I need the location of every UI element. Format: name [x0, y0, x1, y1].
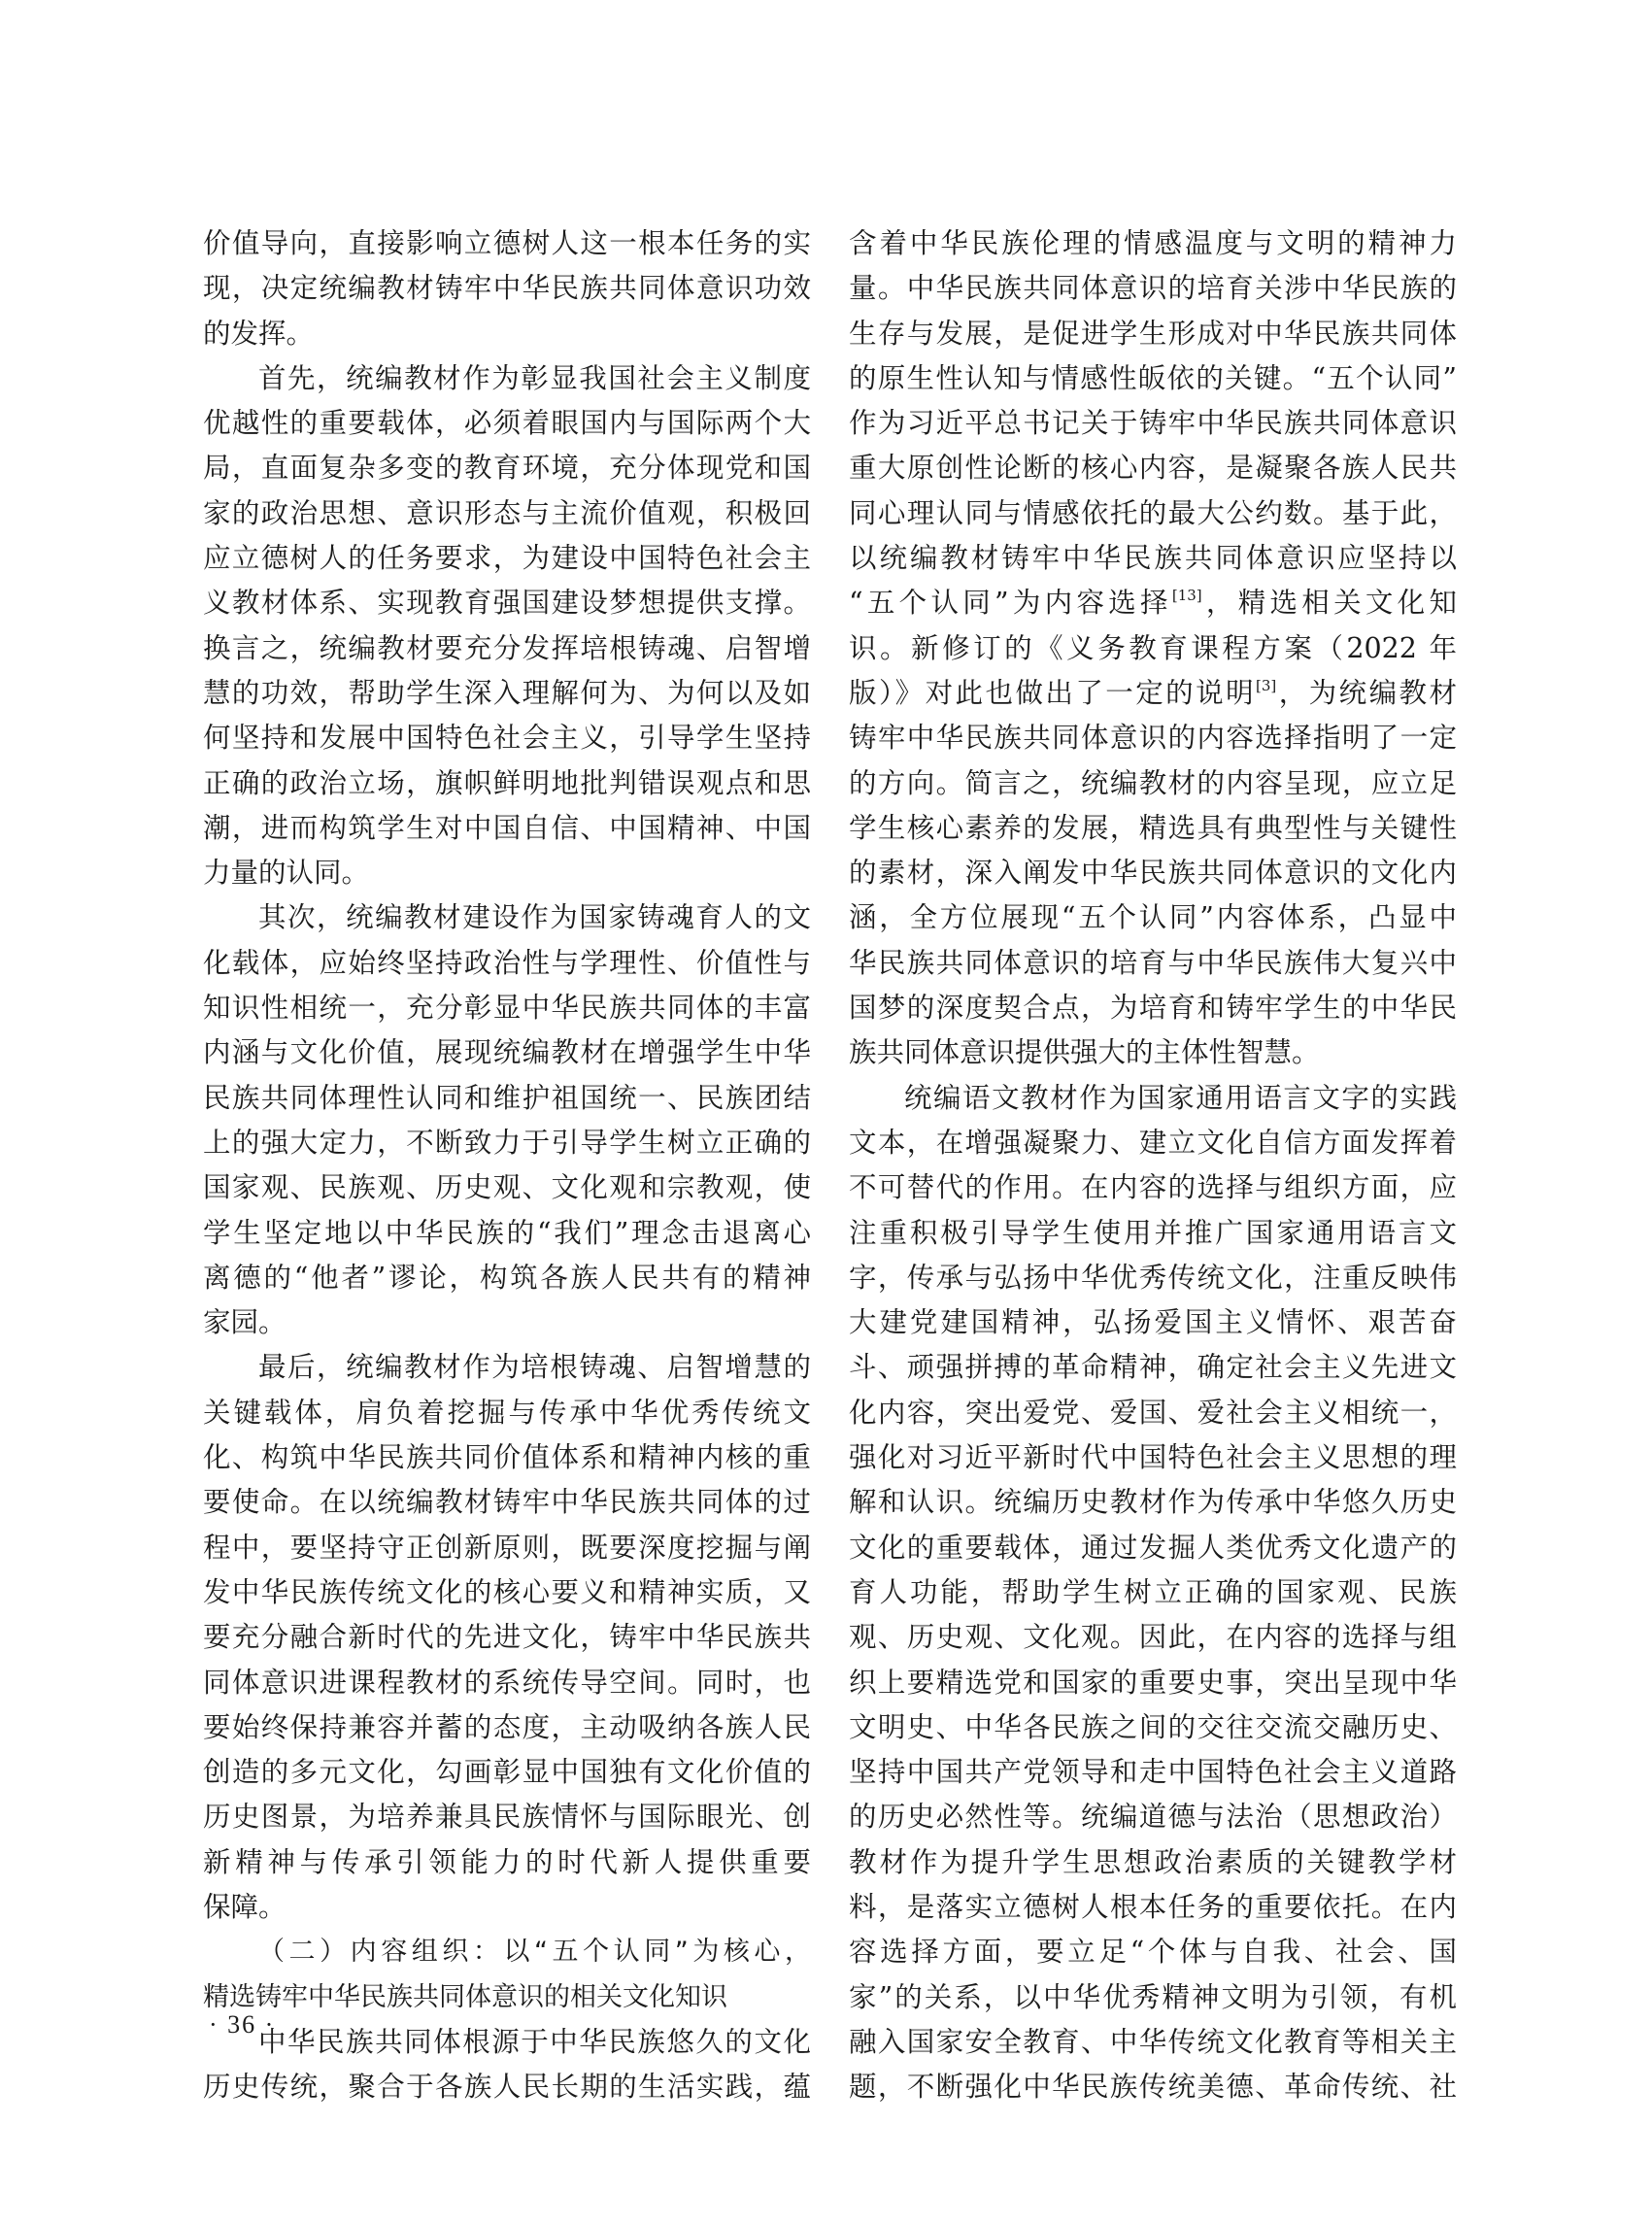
- text-line: 文明史、中华各民族之间的交往交流交融历史、: [849, 1705, 1457, 1750]
- text-line: 大建党建国精神，弘扬爱国主义情怀、艰苦奋: [849, 1300, 1457, 1345]
- text-line: 要充分融合新时代的先进文化，铸牢中华民族共: [203, 1615, 811, 1660]
- text-line: 坚持中国共产党领导和走中国特色社会主义道路: [849, 1750, 1457, 1795]
- paragraph-first-line: 最后，统编教材作为培根铸魂、启智增慧的: [203, 1345, 811, 1390]
- text-line: 生存与发展，是促进学生形成对中华民族共同体: [849, 312, 1457, 356]
- text-span: ，为统编教材: [1276, 677, 1457, 709]
- text-line: 学生核心素养的发展，精选具有典型性与关键性: [849, 806, 1457, 851]
- text-line: 力量的认同。: [203, 851, 811, 895]
- text-line: 华民族共同体意识的培育与中华民族伟大复兴中: [849, 941, 1457, 986]
- text-line: 价值导向，直接影响立德树人这一根本任务的实: [203, 221, 811, 266]
- text-line: 现，决定统编教材铸牢中华民族共同体意识功效: [203, 266, 811, 311]
- text-line: 作为习近平总书记关于铸牢中华民族共同体意识: [849, 401, 1457, 446]
- text-line: 国家观、民族观、历史观、文化观和宗教观，使: [203, 1165, 811, 1210]
- text-line: 文化的重要载体，通过发掘人类优秀文化遗产的: [849, 1526, 1457, 1570]
- text-line: 题，不断强化中华民族传统美德、革命传统、社: [849, 2065, 1457, 2109]
- text-line: 的原生性认知与情感性皈依的关键。“五个认同”: [849, 356, 1457, 401]
- text-line: 内涵与文化价值，展现统编教材在增强学生中华: [203, 1030, 811, 1075]
- text-line: 的方向。简言之，统编教材的内容呈现，应立足: [849, 761, 1457, 806]
- text-line: 程中，要坚持守正创新原则，既要深度挖掘与阐: [203, 1526, 811, 1570]
- text-line: 历史图景，为培养兼具民族情怀与国际眼光、创: [203, 1795, 811, 1839]
- text-line: 国梦的深度契合点，为培育和铸牢学生的中华民: [849, 986, 1457, 1030]
- text-span: “五个认同”为内容选择: [849, 587, 1172, 619]
- text-line: 斗、顽强拼搏的革命精神，确定社会主义先进文: [849, 1345, 1457, 1390]
- paragraph-first-line: 其次，统编教材建设作为国家铸魂育人的文: [203, 895, 811, 940]
- text-line: 以统编教材铸牢中华民族共同体意识应坚持以: [849, 536, 1457, 581]
- text-line: 家园。: [203, 1300, 811, 1345]
- text-line: 知识性相统一，充分彰显中华民族共同体的丰富: [203, 986, 811, 1030]
- text-line: 化载体，应始终坚持政治性与学理性、价值性与: [203, 941, 811, 986]
- text-line: 涵，全方位展现“五个认同”内容体系，凸显中: [849, 895, 1457, 940]
- text-line: 民族共同体理性认同和维护祖国统一、民族团结: [203, 1076, 811, 1121]
- text-line: 发中华民族传统文化的核心要义和精神实质，又: [203, 1570, 811, 1615]
- text-line: 观、历史观、文化观。因此，在内容的选择与组: [849, 1615, 1457, 1660]
- section-heading: 精选铸牢中华民族共同体意识的相关文化知识: [203, 1975, 811, 2020]
- text-line: 含着中华民族伦理的情感温度与文明的精神力: [849, 221, 1457, 266]
- text-line: 不可替代的作用。在内容的选择与组织方面，应: [849, 1165, 1457, 1210]
- text-line: 优越性的重要载体，必须着眼国内与国际两个大: [203, 401, 811, 446]
- text-line: 的发挥。: [203, 312, 811, 356]
- text-line: 要使命。在以统编教材铸牢中华民族共同体的过: [203, 1480, 811, 1525]
- text-line: 局，直面复杂多变的教育环境，充分体现党和国: [203, 446, 811, 490]
- left-column: 价值导向，直接影响立德树人这一根本任务的实 现，决定统编教材铸牢中华民族共同体意…: [203, 221, 811, 2109]
- text-line: 育人功能，帮助学生树立正确的国家观、民族: [849, 1570, 1457, 1615]
- text-line: 识。新修订的《义务教育课程方案（2022 年: [849, 626, 1457, 671]
- text-line: 注重积极引导学生使用并推广国家通用语言文: [849, 1211, 1457, 1256]
- text-line: 量。中华民族共同体意识的培育关涉中华民族的: [849, 266, 1457, 311]
- text-line: 慧的功效，帮助学生深入理解何为、为何以及如: [203, 671, 811, 716]
- text-line: 容选择方面，要立足“个体与自我、社会、国: [849, 1930, 1457, 1974]
- text-line: 换言之，统编教材要充分发挥培根铸魂、启智增: [203, 626, 811, 671]
- right-column: 含着中华民族伦理的情感温度与文明的精神力 量。中华民族共同体意识的培育关涉中华民…: [849, 221, 1457, 2109]
- text-line: 教材作为提升学生思想政治素质的关键教学材: [849, 1840, 1457, 1885]
- text-line: 保障。: [203, 1885, 811, 1930]
- text-line: 化内容，突出爱党、爱国、爱社会主义相统一，: [849, 1391, 1457, 1435]
- text-line: 族共同体意识提供强大的主体性智慧。: [849, 1030, 1457, 1075]
- text-span: 版）》对此也做出了一定的说明: [849, 677, 1256, 709]
- text-line: 的素材，深入阐发中华民族共同体意识的文化内: [849, 851, 1457, 895]
- text-line: 料，是落实立德树人根本任务的重要依托。在内: [849, 1885, 1457, 1930]
- text-line-with-citation: 版）》对此也做出了一定的说明[3]，为统编教材: [849, 671, 1457, 716]
- text-line: 化、构筑中华民族共同价值体系和精神内核的重: [203, 1435, 811, 1480]
- text-line: 关键载体，肩负着挖掘与传承中华优秀传统文: [203, 1391, 811, 1435]
- text-line: 学生坚定地以中华民族的“我们”理念击退离心: [203, 1211, 811, 1256]
- text-line: 解和认识。统编历史教材作为传承中华悠久历史: [849, 1480, 1457, 1525]
- text-line: 要始终保持兼容并蓄的态度，主动吸纳各族人民: [203, 1705, 811, 1750]
- text-line: 新精神与传承引领能力的时代新人提供重要: [203, 1840, 811, 1885]
- text-span: ，精选相关文化知: [1202, 587, 1457, 619]
- text-line: 家的政治思想、意识形态与主流价值观，积极回: [203, 491, 811, 536]
- text-line: 应立德树人的任务要求，为建设中国特色社会主: [203, 536, 811, 581]
- paragraph-first-line: 首先，统编教材作为彰显我国社会主义制度: [203, 356, 811, 401]
- text-line: 强化对习近平新时代中国特色社会主义思想的理: [849, 1435, 1457, 1480]
- text-line: 上的强大定力，不断致力于引导学生树立正确的: [203, 1121, 811, 1165]
- text-line: 历史传统，聚合于各族人民长期的生活实践，蕴: [203, 2065, 811, 2109]
- text-line: 文本，在增强凝聚力、建立文化自信方面发挥着: [849, 1121, 1457, 1165]
- text-line: 何坚持和发展中国特色社会主义，引导学生坚持: [203, 716, 811, 760]
- text-line: 的历史必然性等。统编道德与法治（思想政治）: [849, 1795, 1457, 1839]
- text-line: 重大原创性论断的核心内容，是凝聚各族人民共: [849, 446, 1457, 490]
- citation-ref[interactable]: [13]: [1172, 587, 1202, 604]
- text-line: 潮，进而构筑学生对中国自信、中国精神、中国: [203, 806, 811, 851]
- text-line: 字，传承与弘扬中华优秀传统文化，注重反映伟: [849, 1256, 1457, 1300]
- citation-ref[interactable]: [3]: [1256, 677, 1276, 694]
- page-number: · 36 ·: [209, 2010, 275, 2040]
- paragraph-first-line: 统编语文教材作为国家通用语言文字的实践: [849, 1076, 1457, 1121]
- text-line: 融入国家安全教育、中华传统文化教育等相关主: [849, 2020, 1457, 2065]
- section-heading: （二）内容组织：以“五个认同”为核心，: [203, 1930, 811, 1974]
- text-line: 铸牢中华民族共同体意识的内容选择指明了一定: [849, 716, 1457, 760]
- text-line: 同体意识进课程教材的系统传导空间。同时，也: [203, 1661, 811, 1705]
- text-line: 织上要精选党和国家的重要史事，突出呈现中华: [849, 1661, 1457, 1705]
- text-line: 离德的“他者”谬论，构筑各族人民共有的精神: [203, 1256, 811, 1300]
- text-line: 创造的多元文化，勾画彰显中国独有文化价值的: [203, 1750, 811, 1795]
- text-line: 家”的关系，以中华优秀精神文明为引领，有机: [849, 1975, 1457, 2020]
- text-line: 正确的政治立场，旗帜鲜明地批判错误观点和思: [203, 761, 811, 806]
- text-line: 同心理认同与情感依托的最大公约数。基于此，: [849, 491, 1457, 536]
- text-line-with-citation: “五个认同”为内容选择[13]，精选相关文化知: [849, 581, 1457, 625]
- paragraph-first-line: 中华民族共同体根源于中华民族悠久的文化: [203, 2020, 811, 2065]
- text-line: 义教材体系、实现教育强国建设梦想提供支撑。: [203, 581, 811, 625]
